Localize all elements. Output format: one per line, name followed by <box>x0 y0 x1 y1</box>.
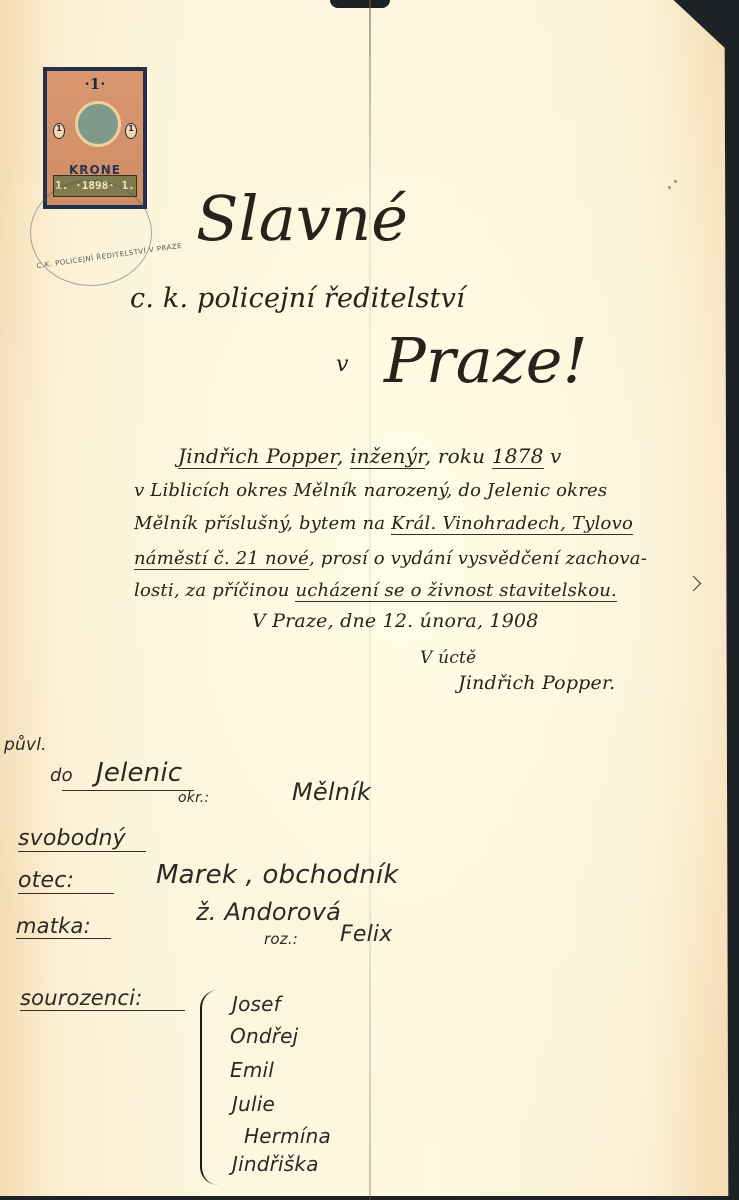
signature: Jindřich Popper. <box>458 672 615 694</box>
sibling-5: Hermína <box>244 1124 331 1148</box>
body-line-3: Mělník příslušný, bytem na Král. Vinohra… <box>134 513 633 534</box>
sibling-1: Josef <box>232 992 281 1016</box>
applicant-name: Jindřich Popper <box>178 444 337 469</box>
siblings-brace <box>200 990 224 1185</box>
father-label: otec: <box>18 868 114 894</box>
district-label: okr.: <box>178 790 209 806</box>
marital-status: svobodný <box>18 826 146 852</box>
siblings-label: sourozenci: <box>20 986 185 1011</box>
body-line-5: losti, za příčinou ucházení se o živnost… <box>134 580 617 601</box>
origin-place: Jelenic <box>62 758 194 791</box>
body-line-1: Jindřich Popper, inženýr, roku 1878 v <box>178 444 562 468</box>
emperor-portrait-icon <box>75 101 121 147</box>
purpose: ucházení se o živnost stavitelskou. <box>295 580 616 602</box>
address-number: náměstí č. 21 nové <box>134 548 309 570</box>
heading-slavne: Slavné <box>196 188 408 250</box>
ink-spot <box>668 186 671 189</box>
sibling-4: Julie <box>232 1092 275 1116</box>
mother-label: matka: <box>16 914 111 939</box>
page-notch <box>330 0 390 8</box>
father: Marek , obchodník <box>156 860 399 890</box>
mother-born-label: roz.: <box>264 930 298 948</box>
sibling-2: Ondřej <box>230 1024 298 1048</box>
sibling-3: Emil <box>230 1058 274 1082</box>
stamp-side-left: 1 <box>53 123 65 139</box>
heading-praze: Praze! <box>384 330 588 392</box>
stamp-side-right: 1 <box>125 123 137 139</box>
mother: ž. Andorová <box>196 898 341 926</box>
body-line-2: v Liblicích okres Mělník narozený, do Je… <box>134 480 607 501</box>
police-seal <box>30 180 152 286</box>
sibling-6: Jindřiška <box>232 1152 319 1176</box>
closing: V úctě <box>420 648 476 668</box>
heading-authority: c. k. policejní ředitelství <box>130 283 465 314</box>
heading-v: v <box>336 352 349 377</box>
stamp-value: ·1· <box>47 75 143 93</box>
ink-spot <box>674 180 677 183</box>
mother-born: Felix <box>340 922 392 947</box>
address: Král. Vinohradech, Tylovo <box>391 513 633 535</box>
applicant-profession: inženýr <box>350 444 425 469</box>
origin-label: půvl. <box>4 735 47 755</box>
birth-year: 1878 <box>492 444 544 469</box>
body-line-4: náměstí č. 21 nové, prosí o vydání vysvě… <box>134 548 647 569</box>
district: Mělník <box>292 778 371 806</box>
place-date: V Praze, dne 12. února, 1908 <box>252 610 539 632</box>
